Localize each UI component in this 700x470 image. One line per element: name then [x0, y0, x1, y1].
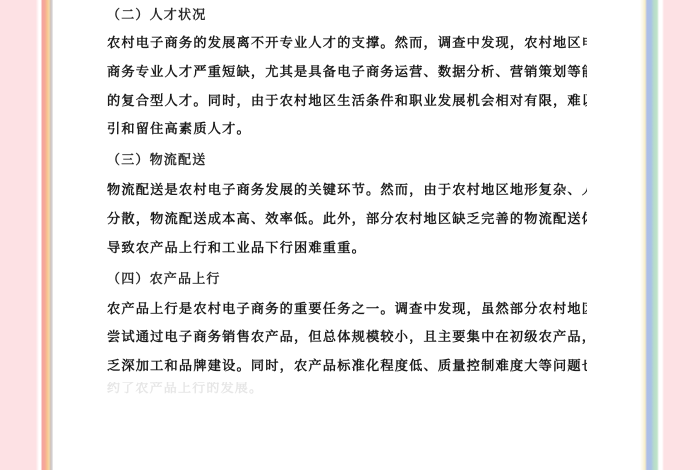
paragraph-line: 物流配送是农村电子商务发展的关键环节。然而，由于农村地区地形复杂、人口	[107, 177, 587, 206]
document-frame: （二）人才状况 农村电子商务的发展离不开专业人才的支撑。然而，调查中发现，农村地…	[0, 0, 700, 470]
paragraph-line: 商务专业人才严重短缺，尤其是具备电子商务运营、数据分析、营销策划等能力	[107, 59, 587, 88]
paragraph-line: 乏深加工和品牌建设。同时，农产品标准化程度低、质量控制难度大等问题也制	[107, 353, 587, 382]
left-decorative-border	[36, 0, 53, 470]
cutoff-line: 约了农产品上行的发展。	[107, 382, 587, 396]
paragraph-line: 农村电子商务的发展离不开专业人才的支撑。然而，调查中发现，农村地区电子	[107, 30, 587, 59]
paragraph-line: 尝试通过电子商务销售农产品，但总体规模较小，且主要集中在初级农产品，缺	[107, 324, 587, 353]
section-heading: （二）人才状况	[107, 2, 587, 30]
paragraph-line: 导致农产品上行和工业品下行困难重重。	[107, 235, 587, 264]
document-page: （二）人才状况 农村电子商务的发展离不开专业人才的支撑。然而，调查中发现，农村地…	[53, 0, 640, 470]
paragraph-line: 的复合型人才。同时，由于农村地区生活条件和职业发展机会相对有限，难以吸	[107, 88, 587, 117]
section-agri-products: （四）农产品上行 农产品上行是农村电子商务的重要任务之一。调查中发现，虽然部分农…	[107, 264, 587, 396]
section-heading: （三）物流配送	[107, 145, 587, 177]
paragraph-line: 分散，物流配送成本高、效率低。此外，部分农村地区缺乏完善的物流配送体系，	[107, 206, 587, 235]
paragraph-line: 农产品上行是农村电子商务的重要任务之一。调查中发现，虽然部分农村地区已	[107, 296, 587, 325]
section-logistics: （三）物流配送 物流配送是农村电子商务发展的关键环节。然而，由于农村地区地形复杂…	[107, 145, 587, 263]
section-heading: （四）农产品上行	[107, 264, 587, 296]
section-talent: （二）人才状况 农村电子商务的发展离不开专业人才的支撑。然而，调查中发现，农村地…	[107, 2, 587, 145]
paragraph-line: 引和留住高素质人才。	[107, 116, 587, 145]
right-decorative-border	[640, 0, 668, 470]
document-content: （二）人才状况 农村电子商务的发展离不开专业人才的支撑。然而，调查中发现，农村地…	[107, 2, 587, 396]
